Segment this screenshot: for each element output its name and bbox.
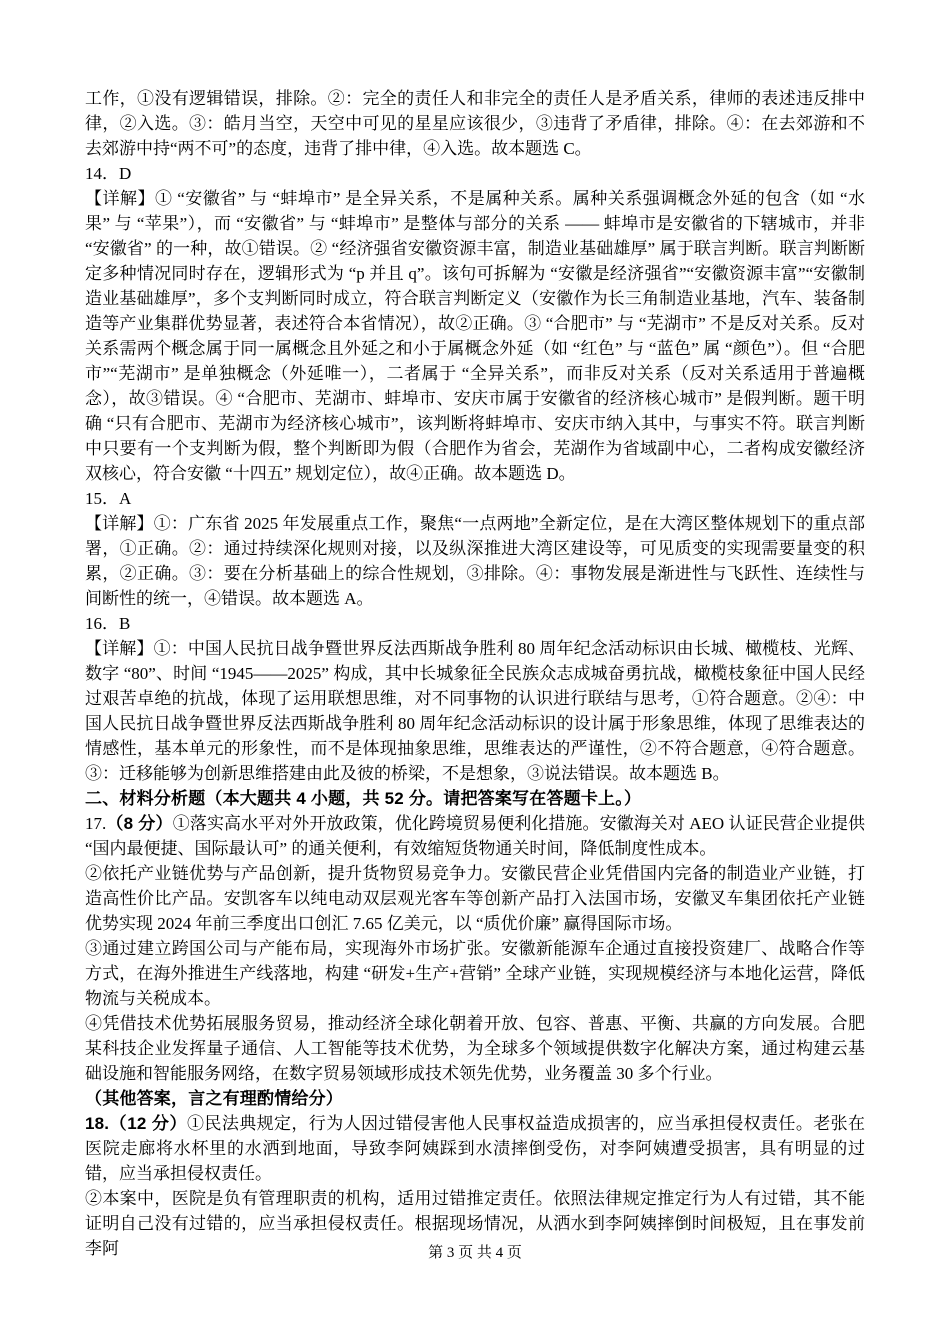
grading-note: （其他答案，言之有理酌情给分） bbox=[85, 1086, 865, 1111]
section-two-header: 二、材料分析题（本大题共 4 小题，共 52 分。请把答案写在答题卡上。） bbox=[85, 786, 865, 811]
page-footer: 第 3 页 共 4 页 bbox=[0, 1241, 950, 1262]
q18-point1: ①民法典规定，行为人因过错侵害他人民事权益造成损害的，应当承担侵权责任。老张在医… bbox=[85, 1114, 865, 1183]
q15-explanation: 【详解】①：广东省 2025 年发展重点工作，聚焦“一点两地”全新定位，是在大湾… bbox=[85, 511, 865, 611]
q15-answer: 15．A bbox=[85, 486, 865, 511]
q17-point4: ④凭借技术优势拓展服务贸易，推动经济全球化朝着开放、包容、普惠、平衡、共赢的方向… bbox=[85, 1011, 865, 1086]
q18-prefix: 18.（12 分） bbox=[85, 1114, 187, 1133]
q13-explanation-tail: 工作，①没有逻辑错误，排除。②：完全的责任人和非完全的责任人是矛盾关系，律师的表… bbox=[85, 86, 865, 161]
q14-answer: 14．D bbox=[85, 161, 865, 186]
q16-explanation: 【详解】①：中国人民抗日战争暨世界反法西斯战争胜利 80 周年纪念活动标识由长城… bbox=[85, 636, 865, 786]
document-page: 工作，①没有逻辑错误，排除。②：完全的责任人和非完全的责任人是矛盾关系，律师的表… bbox=[85, 86, 865, 1261]
q17-number: 17. bbox=[85, 814, 106, 833]
q17-point1: ①落实高水平对外开放政策，优化跨境贸易便利化措施。安徽海关对 AEO 认证民营企… bbox=[85, 814, 865, 858]
q18-answer-line: 18.（12 分）①民法典规定，行为人因过错侵害他人民事权益造成损害的，应当承担… bbox=[85, 1111, 865, 1186]
q17-answer-line: 17.（8 分）①落实高水平对外开放政策，优化跨境贸易便利化措施。安徽海关对 A… bbox=[85, 811, 865, 861]
q17-score: （8 分） bbox=[106, 814, 173, 833]
q17-point3: ③通过建立跨国公司与产能布局，实现海外市场扩张。安徽新能源车企通过直接投资建厂、… bbox=[85, 936, 865, 1011]
q16-answer: 16．B bbox=[85, 611, 865, 636]
q17-point2: ②依托产业链优势与产品创新，提升货物贸易竞争力。安徽民营企业凭借国内完备的制造业… bbox=[85, 861, 865, 936]
q14-explanation: 【详解】① “安徽省” 与 “蚌埠市” 是全异关系，不是属种关系。属种关系强调概… bbox=[85, 186, 865, 486]
